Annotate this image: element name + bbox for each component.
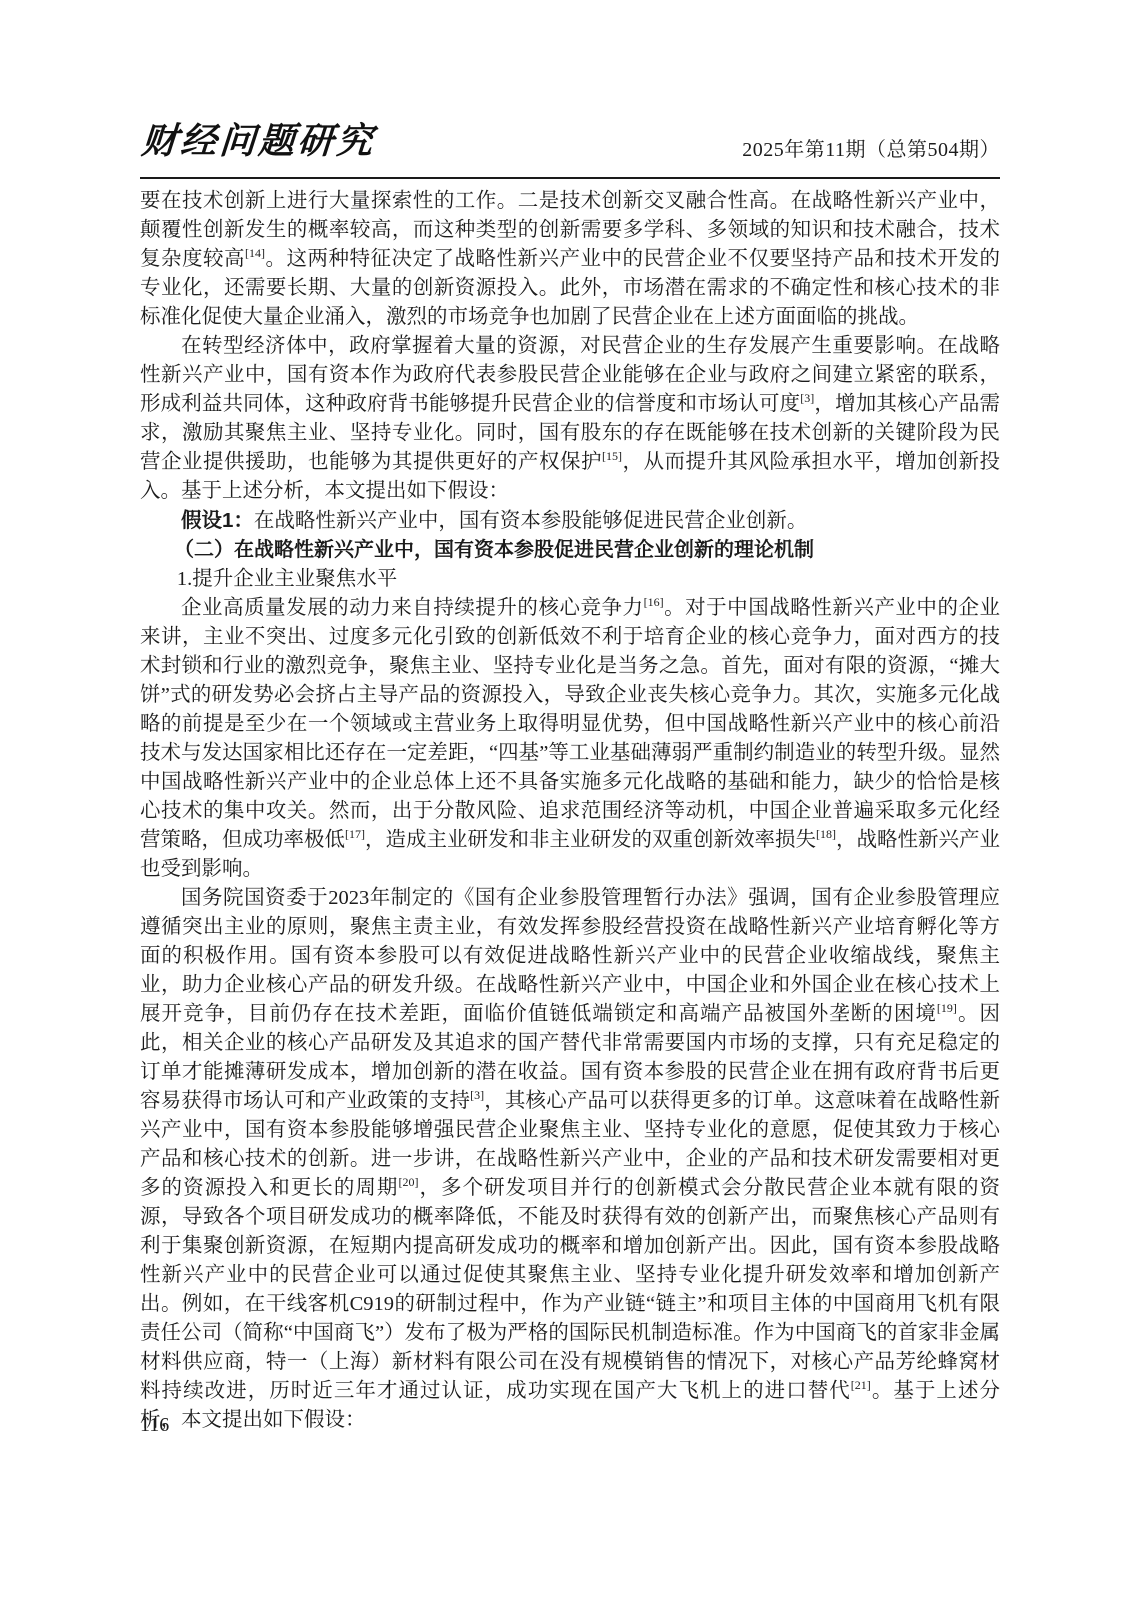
paragraph: 国务院国资委于2023年制定的《国有企业参股管理暂行办法》强调，国有企业参股管理… bbox=[140, 884, 1000, 1435]
journal-page: 财经问题研究 2025年第11期（总第504期） 要在技术创新上进行大量探索性的… bbox=[0, 0, 1140, 1600]
citation-ref: [16] bbox=[644, 595, 664, 609]
citation-ref: [17] bbox=[345, 827, 365, 841]
subsection-heading: 1.提升企业主业聚焦水平 bbox=[140, 565, 1000, 594]
citation-ref: [15] bbox=[602, 449, 622, 463]
page-header: 财经问题研究 2025年第11期（总第504期） bbox=[140, 122, 1000, 162]
citation-ref: [19] bbox=[937, 1001, 957, 1015]
paragraph-continuation: 要在技术创新上进行大量探索性的工作。二是技术创新交叉融合性高。在战略性新兴产业中… bbox=[140, 187, 1000, 332]
citation-ref: [21] bbox=[851, 1378, 871, 1392]
paragraph: 在转型经济体中，政府掌握着大量的资源，对民营企业的生存发展产生重要影响。在战略性… bbox=[140, 332, 1000, 506]
journal-logo: 财经问题研究 bbox=[140, 122, 377, 162]
citation-ref: [3] bbox=[470, 1088, 484, 1102]
header-divider bbox=[140, 177, 1000, 179]
citation-ref: [3] bbox=[800, 391, 814, 405]
paragraph: 企业高质量发展的动力来自持续提升的核心竞争力[16]。对于中国战略性新兴产业中的… bbox=[140, 594, 1000, 884]
citation-ref: [14] bbox=[245, 246, 265, 260]
issue-info: 2025年第11期（总第504期） bbox=[742, 138, 1000, 162]
hypothesis-1: 假设1：在战略性新兴产业中，国有资本参股能够促进民营企业创新。 bbox=[140, 506, 1000, 536]
article-body: 要在技术创新上进行大量探索性的工作。二是技术创新交叉融合性高。在战略性新兴产业中… bbox=[140, 187, 1000, 1435]
citation-ref: [18] bbox=[816, 827, 836, 841]
page-number: 116 bbox=[140, 1414, 169, 1437]
section-heading: （二）在战略性新兴产业中，国有资本参股促进民营企业创新的理论机制 bbox=[140, 536, 1000, 565]
citation-ref: [20] bbox=[398, 1175, 418, 1189]
